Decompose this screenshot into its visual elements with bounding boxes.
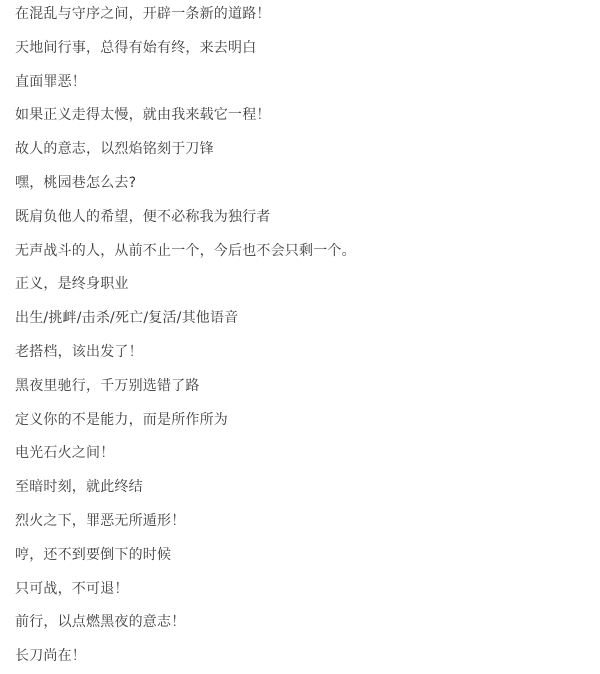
voice-lines-list: 在混乱与守序之间，开辟一条新的道路！ 天地间行事，总得有始有终，来去明白 直面罪… (15, 3, 356, 674)
voice-line-category-header: 出生/挑衅/击杀/死亡/复活/其他语音 (15, 307, 356, 341)
voice-line: 天地间行事，总得有始有终，来去明白 (15, 37, 356, 71)
voice-line: 只可战，不可退！ (15, 578, 356, 612)
voice-line: 长刀尚在！ (15, 645, 356, 674)
voice-line: 如果正义走得太慢，就由我来载它一程！ (15, 104, 356, 138)
voice-line: 至暗时刻，就此终结 (15, 476, 356, 510)
voice-line: 无声战斗的人，从前不止一个，今后也不会只剩一个。 (15, 240, 356, 274)
voice-line: 定义你的不是能力，而是所作所为 (15, 409, 356, 443)
voice-line: 故人的意志，以烈焰铭刻于刀锋 (15, 138, 356, 172)
voice-line: 在混乱与守序之间，开辟一条新的道路！ (15, 3, 356, 37)
voice-line: 前行，以点燃黑夜的意志！ (15, 611, 356, 645)
voice-line: 直面罪恶！ (15, 71, 356, 105)
voice-line: 正义，是终身职业 (15, 273, 356, 307)
voice-line: 电光石火之间！ (15, 442, 356, 476)
voice-line: 哼，还不到要倒下的时候 (15, 544, 356, 578)
voice-line: 嘿，桃园巷怎么去? (15, 172, 356, 206)
voice-line: 烈火之下，罪恶无所遁形！ (15, 510, 356, 544)
voice-line: 老搭档，该出发了！ (15, 341, 356, 375)
voice-line: 黑夜里驰行，千万别选错了路 (15, 375, 356, 409)
voice-line: 既肩负他人的希望，便不必称我为独行者 (15, 206, 356, 240)
